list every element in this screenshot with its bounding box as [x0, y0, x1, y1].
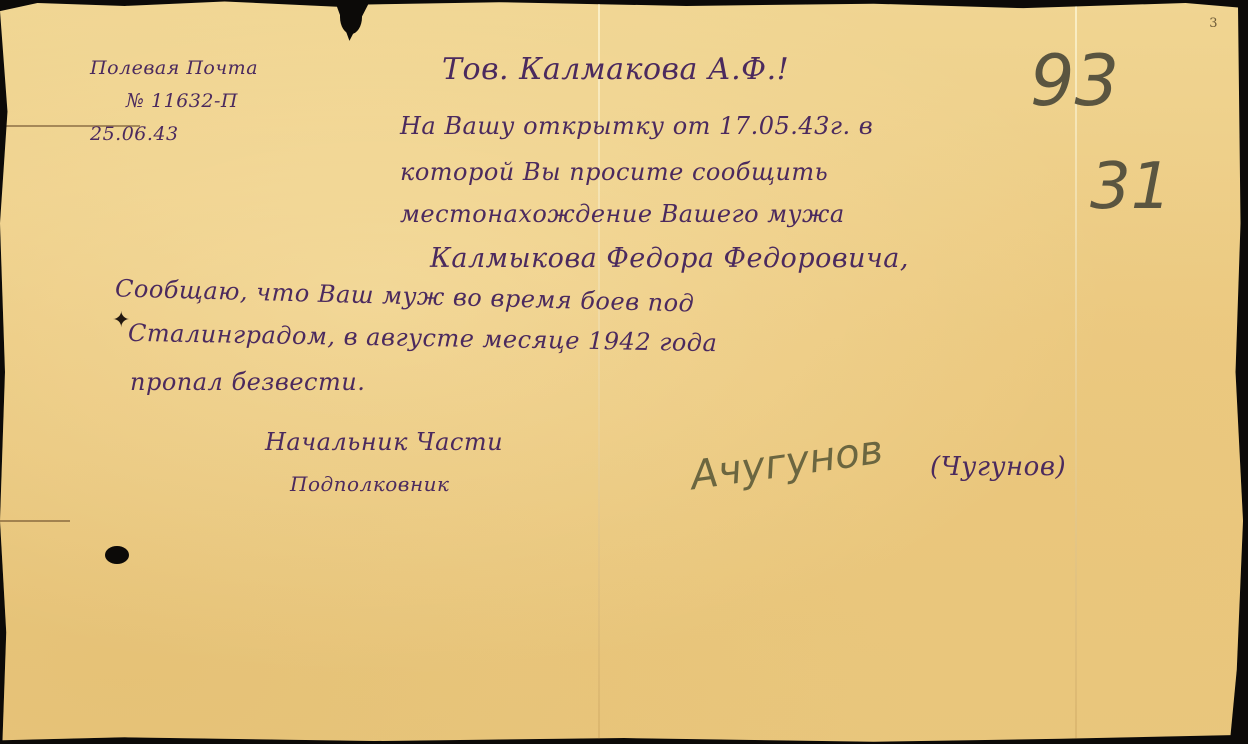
body-line-1: На Вашу открытку от 17.05.43г. в [400, 112, 873, 140]
field-post-label: Полевая Почта [90, 52, 258, 85]
pencil-annotation-bottom: 31 [1090, 150, 1171, 224]
pencil-annotation-top: 93 [1030, 40, 1119, 122]
handwritten-signature: Ачугунов [688, 427, 886, 499]
body-line-4: Калмыкова Федора Федоровича, [430, 243, 909, 274]
signatory-name: (Чугунов) [930, 452, 1066, 482]
paper-tear [0, 520, 70, 522]
signatory-title: Начальник Части [265, 428, 503, 456]
body-line-6: Сталинградом, в августе месяце 1942 года [128, 319, 718, 357]
page-number: 3 [1209, 16, 1218, 31]
signatory-rank: Подполковник [290, 472, 449, 496]
body-line-3: местонахождение Вашего мужа [400, 200, 845, 228]
paper-tear-top [340, 0, 362, 34]
field-post-header: Полевая Почта № 11632-П 25.06.43 [90, 52, 258, 151]
greeting: Тов. Калмакова А.Ф.! [442, 52, 789, 87]
letter-paper: 3 Полевая Почта № 11632-П 25.06.43 Тов. … [0, 0, 1248, 744]
letter-date: 25.06.43 [90, 118, 258, 151]
body-line-2: которой Вы просите сообщить [400, 158, 828, 186]
field-post-number: № 11632-П [90, 85, 258, 118]
star-icon: ✦ [112, 308, 131, 333]
paper-hole [105, 546, 129, 564]
body-line-7: пропал безвести. [130, 368, 365, 396]
body-line-5: Сообщаю, что Ваш муж во время боев под [115, 274, 695, 317]
